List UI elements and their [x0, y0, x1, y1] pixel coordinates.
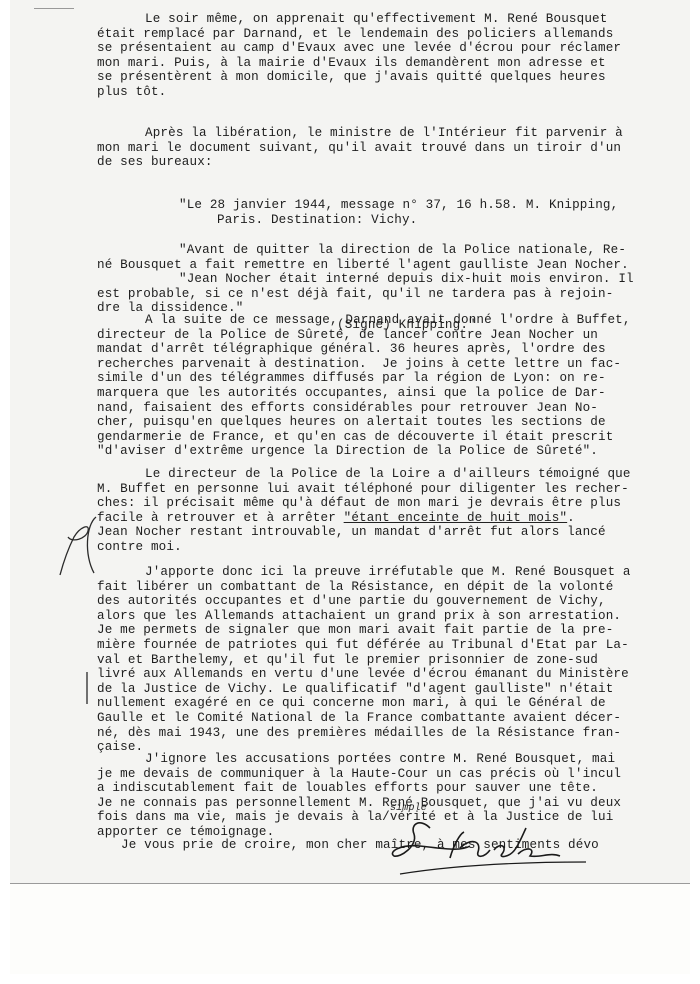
text-line: ches: il précisait même qu'à défaut de m… [97, 496, 621, 511]
text-line: alors que les Allemands attachaient un g… [97, 609, 621, 624]
text-line: livré aux Allemands en vertu d'une levée… [97, 667, 629, 682]
text-line: simile d'un des télégrammes diffusés par… [97, 371, 606, 386]
text-line: gendarmerie de France, et qu'en cas de d… [97, 430, 613, 445]
text-line: Jean Nocher restant introuvable, un mand… [97, 525, 606, 540]
text-line: M. Buffet en personne lui avait téléphon… [97, 482, 629, 497]
margin-annotation-icon [50, 515, 100, 585]
text-line: fait libérer un combattant de la Résista… [97, 580, 613, 595]
text-line: des autorités occupantes et d'une partie… [97, 594, 606, 609]
text-line: J'ignore les accusations portées contre … [145, 752, 615, 767]
margin-bar-icon [84, 672, 90, 704]
text-line: J'apporte donc ici la preuve irréfutable… [145, 565, 631, 580]
text-line: "Avant de quitter la direction de la Pol… [179, 243, 626, 258]
text-line: plus tôt. [97, 85, 166, 100]
text-line: de la Justice de Vichy. Le qualificatif … [97, 682, 613, 697]
text-line: cher, puisqu'en quelques heures on alert… [97, 415, 606, 430]
text-line: "Le 28 janvier 1944, message n° 37, 16 h… [179, 198, 618, 213]
text-line: mon mari le document suivant, qu'il avai… [97, 141, 621, 156]
text-line: A la suite de ce message, Darnand avait … [145, 313, 631, 328]
text-line: facile à retrouver et à arrêter "étant e… [97, 511, 575, 526]
text-line: mière fournée de patriotes qui fut défér… [97, 638, 629, 653]
text-line: recherches parvenait à destination. Je j… [97, 357, 621, 372]
text-line: mandat d'arrêt télégraphique général. 36… [97, 342, 606, 357]
text-line: Je ne connais pas personnellement M. Ren… [97, 796, 621, 811]
text-line: çaise. [97, 740, 143, 755]
text-line: Je me permets de signaler que mon mari a… [97, 623, 613, 638]
text-line: Gaulle et le Comité National de la Franc… [97, 711, 621, 726]
text-line: de ses bureaux: [97, 155, 213, 170]
text-line: a indiscutablement fait de louables effo… [97, 781, 598, 796]
text-line: Après la libération, le ministre de l'In… [145, 126, 623, 141]
text-line: né Bousquet a fait remettre en liberté l… [97, 258, 629, 273]
text-line: Le directeur de la Police de la Loire a … [145, 467, 631, 482]
text-line: se présentaient au camp d'Evaux avec une… [97, 41, 621, 56]
text-line: marquera que les autorités occupantes, a… [97, 386, 606, 401]
text-line: mon mari. Puis, à la mairie d'Evaux ils … [97, 56, 606, 71]
text-line: val et Barthelemy, et qu'il fut le premi… [97, 653, 598, 668]
text-line: né, dès mai 1943, une des premières méda… [97, 726, 621, 741]
text-line: contre moi. [97, 540, 182, 555]
text-line: nand, faisaient des efforts considérable… [97, 401, 598, 416]
handwritten-signature-icon [390, 818, 590, 878]
text-line: je me devais de communiquer à la Haute-C… [97, 767, 621, 782]
text-line: se présentèrent à mon domicile, que j'av… [97, 70, 606, 85]
underlined-phrase: "étant enceinte de huit mois" [344, 511, 568, 525]
handwritten-insertion: simple [390, 802, 427, 817]
text-line: nullement exagéré en ce qui concerne mon… [97, 696, 606, 711]
text-line: "d'aviser d'extrême urgence la Direction… [97, 444, 598, 459]
blank-page-area [10, 884, 690, 974]
text-line: Le soir même, on apprenait qu'effectivem… [145, 12, 607, 27]
text-line: "Jean Nocher était interné depuis dix-hu… [179, 272, 634, 287]
text-line: directeur de la Police de Sûreté, de lan… [97, 328, 598, 343]
text-line: était remplacé par Darnand, et le lendem… [97, 27, 613, 42]
scan-mark [34, 8, 74, 9]
text-line: est probable, si ce n'est déjà fait, qu'… [97, 287, 613, 302]
text-line: Paris. Destination: Vichy. [217, 213, 417, 228]
